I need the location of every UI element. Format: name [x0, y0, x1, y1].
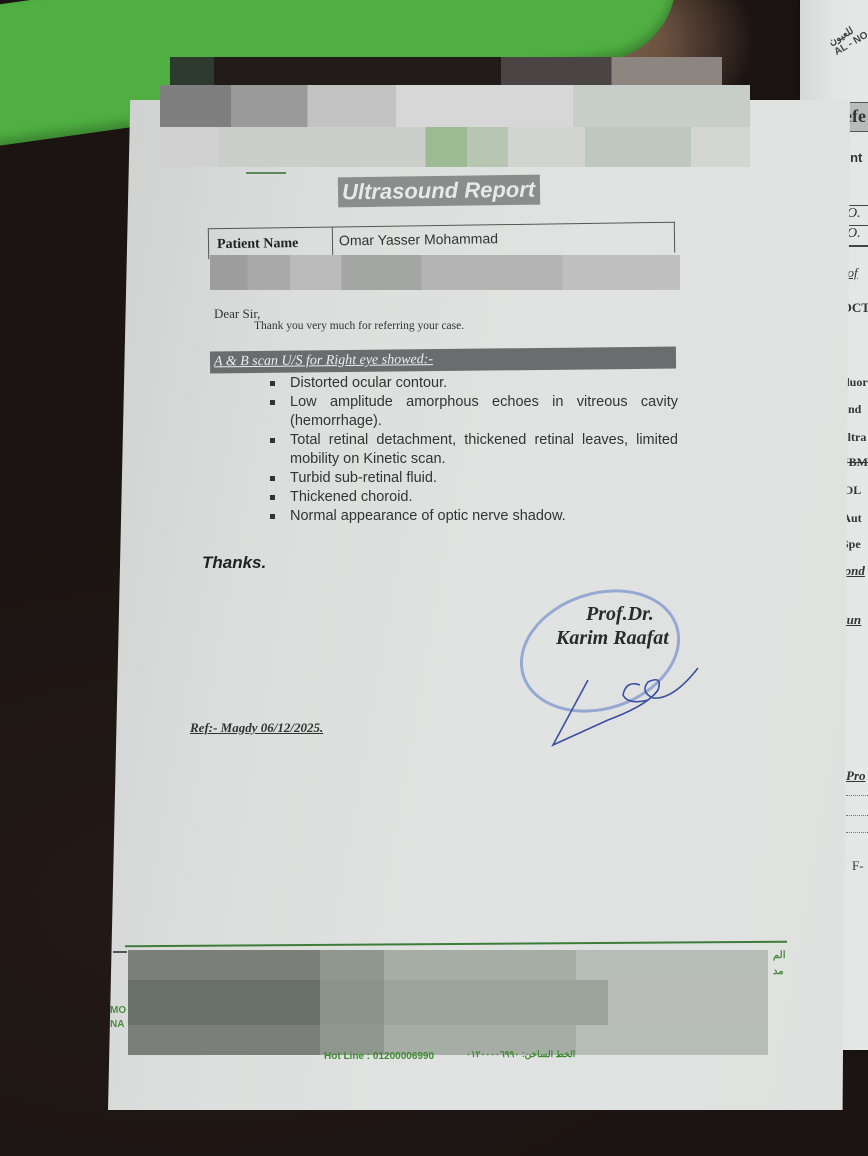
- side-pro-label: Pro: [846, 768, 866, 784]
- redacted-footer: [128, 950, 768, 1055]
- redacted-header-top: [170, 57, 722, 85]
- finding-item: Low amplitude amorphous echoes in vitreo…: [268, 393, 678, 431]
- referral-thanks: Thank you very much for referring your c…: [254, 320, 464, 332]
- report-title: Ultrasound Report: [338, 175, 540, 208]
- finding-item: Total retinal detachment, thickened reti…: [268, 431, 678, 469]
- footer-label-mo: MO: [110, 1005, 126, 1016]
- side-seal-text: للعيونAL - NO: [827, 20, 868, 58]
- header-rule: [246, 172, 286, 174]
- footer-arabic-1: الم: [773, 950, 785, 961]
- finding-item: Thickened choroid.: [268, 488, 678, 507]
- finding-item: Distorted ocular contour.: [268, 374, 678, 393]
- doctor-name: Karim Raafat: [556, 627, 669, 650]
- redacted-header: [160, 85, 750, 127]
- footer-arabic-2: مد: [773, 966, 784, 977]
- patient-info-table: Patient Name Omar Yasser Mohammad: [208, 222, 675, 260]
- patient-name-value: Omar Yasser Mohammad: [333, 223, 674, 258]
- closing-thanks: Thanks.: [202, 553, 266, 573]
- doctor-title: Prof.Dr.: [586, 603, 654, 626]
- findings-list: Distorted ocular contour. Low amplitude …: [268, 374, 678, 526]
- side-f-label: F-: [852, 858, 864, 874]
- signature-icon: [548, 660, 708, 750]
- redacted-patient-id: [210, 255, 680, 290]
- finding-item: Turbid sub-retinal fluid.: [268, 469, 678, 488]
- redacted-header-lower: [160, 127, 750, 167]
- hotline-number: Hot Line : 01200006990: [324, 1051, 434, 1062]
- footer-dash: [113, 951, 127, 953]
- hotline-arabic: الخط الساخن: ٠١٢٠٠٠٠٦٩٩٠: [466, 1049, 575, 1060]
- finding-item: Normal appearance of optic nerve shadow.: [268, 507, 678, 526]
- footer-label-na: NA: [110, 1019, 124, 1030]
- reference-line: Ref:- Magdy 06/12/2025.: [190, 720, 323, 736]
